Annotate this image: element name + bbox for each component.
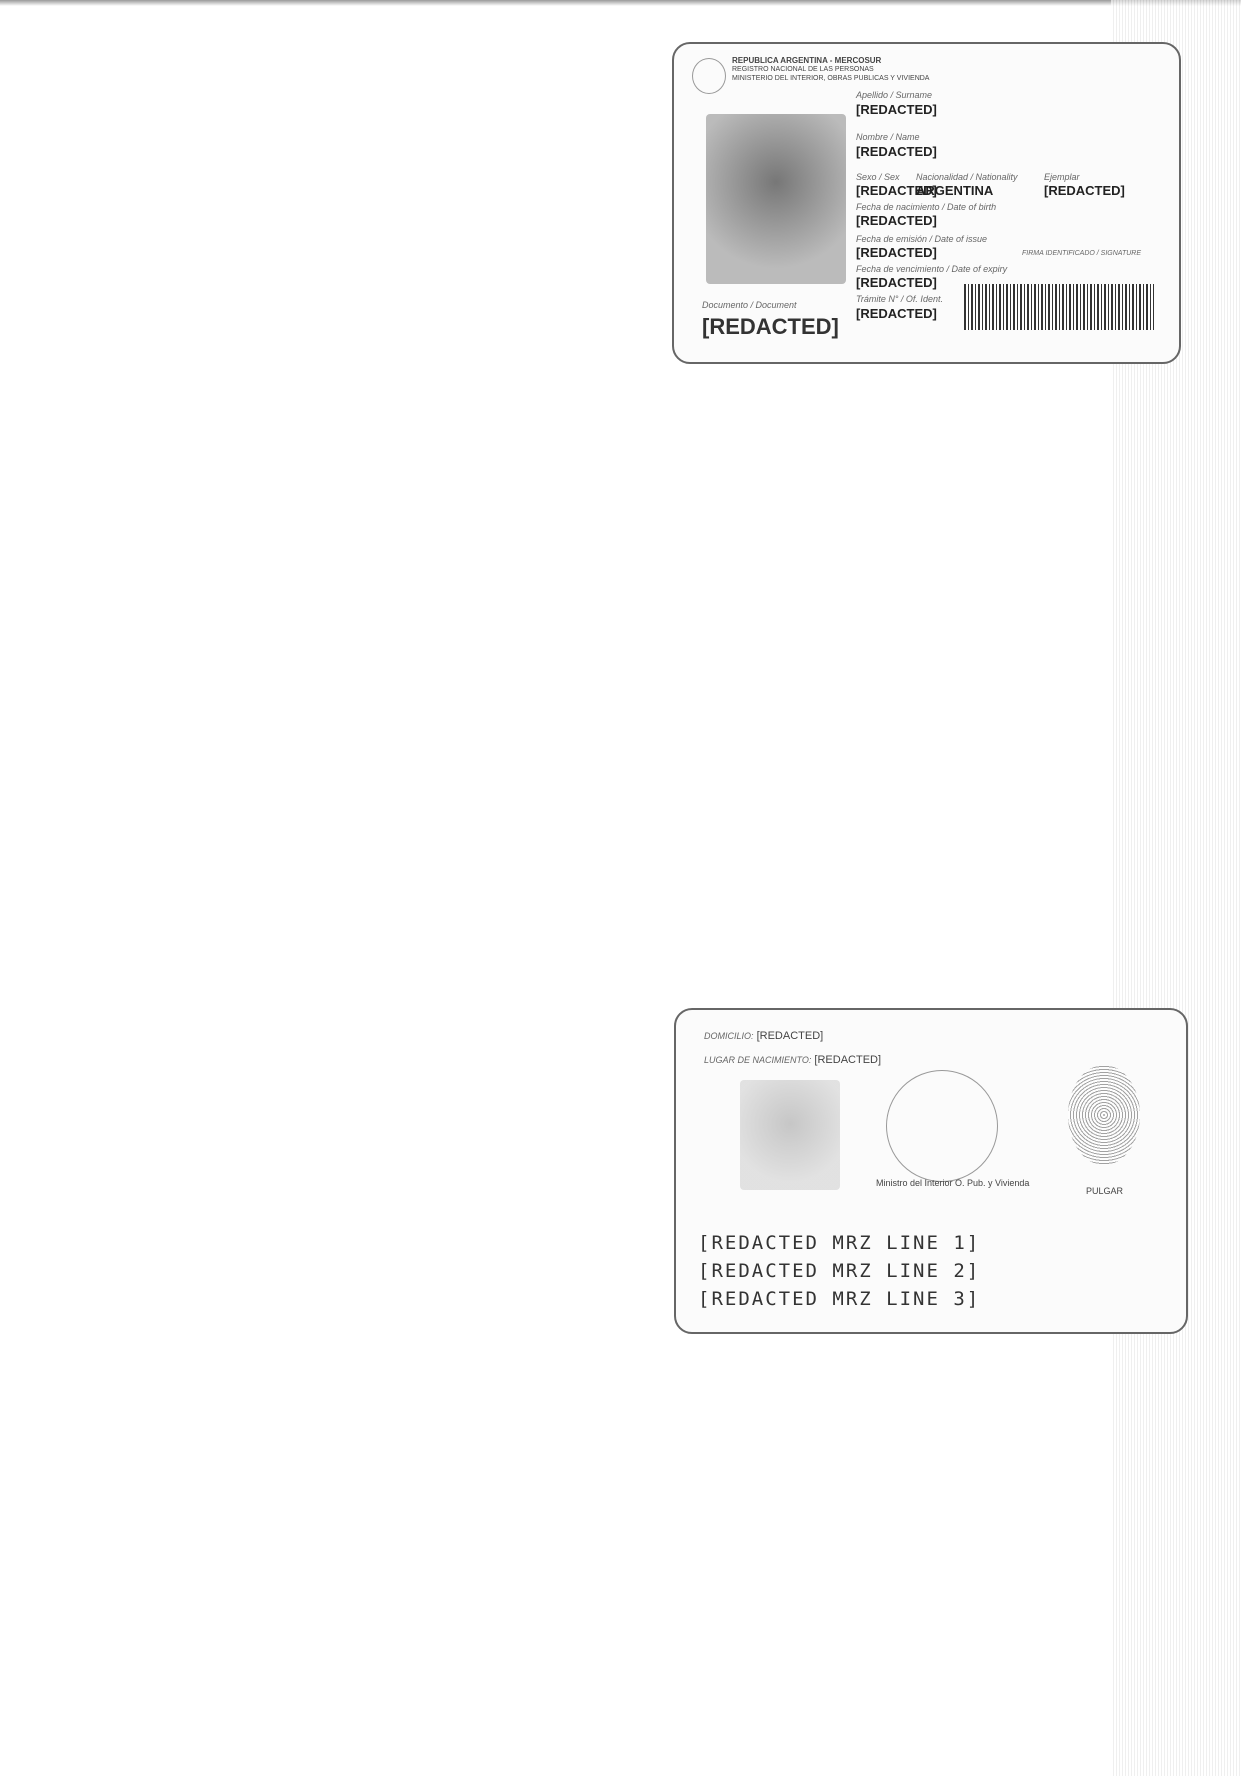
holder-photo [706,114,846,284]
dob-label: Fecha de nacimiento / Date of birth [856,202,996,212]
barcode [964,284,1154,330]
minister-caption: Ministro del Interior O. Pub. y Vivienda [876,1178,1029,1188]
mrz-line-2: [REDACTED MRZ LINE 2] [698,1260,980,1282]
tramite-value: [REDACTED] [856,306,937,321]
id-card-front: REPUBLICA ARGENTINA - MERCOSUR REGISTRO … [672,42,1181,364]
name-value: [REDACTED] [856,144,937,159]
nationality-label: Nacionalidad / Nationality [916,172,1018,182]
expiry-label: Fecha de vencimiento / Date of expiry [856,264,1007,274]
expiry-value: [REDACTED] [856,275,937,290]
signature-label: FIRMA IDENTIFICADO / SIGNATURE [1022,250,1141,257]
copy-label: Ejemplar [1044,172,1080,182]
surname-label: Apellido / Surname [856,90,932,100]
header-ministry: MINISTERIO DEL INTERIOR, OBRAS PUBLICAS … [732,75,929,82]
copy-value: [REDACTED] [1044,183,1125,198]
nationality-value: ARGENTINA [916,183,993,198]
birthplace-row: LUGAR DE NACIMIENTO: [REDACTED] [704,1054,881,1066]
address-row: DOMICILIO: [REDACTED] [704,1030,823,1042]
header-country: REPUBLICA ARGENTINA - MERCOSUR [732,56,881,65]
seal-icon [886,1070,998,1182]
ghost-photo [740,1080,840,1190]
surname-value: [REDACTED] [856,102,937,117]
coat-of-arms-icon [692,58,726,94]
issue-value: [REDACTED] [856,245,937,260]
scan-edge-top [0,0,1241,6]
header-registry: REGISTRO NACIONAL DE LAS PERSONAS [732,66,874,73]
address-label: DOMICILIO: [704,1031,754,1041]
id-card-back: DOMICILIO: [REDACTED] LUGAR DE NACIMIENT… [674,1008,1188,1334]
sex-label: Sexo / Sex [856,172,900,182]
document-number: [REDACTED] [702,314,839,340]
issue-label: Fecha de emisión / Date of issue [856,234,987,244]
fingerprint-icon [1068,1065,1140,1165]
name-label: Nombre / Name [856,132,920,142]
document-label: Documento / Document [702,300,797,310]
mrz-line-3: [REDACTED MRZ LINE 3] [698,1288,980,1310]
birthplace-label: LUGAR DE NACIMIENTO: [704,1055,811,1065]
thumb-label: PULGAR [1086,1186,1123,1196]
mrz-line-1: [REDACTED MRZ LINE 1] [698,1232,980,1254]
address-value: [REDACTED] [757,1030,824,1042]
tramite-label: Trámite N° / Of. Ident. [856,294,943,304]
birthplace-value: [REDACTED] [814,1054,881,1066]
dob-value: [REDACTED] [856,213,937,228]
